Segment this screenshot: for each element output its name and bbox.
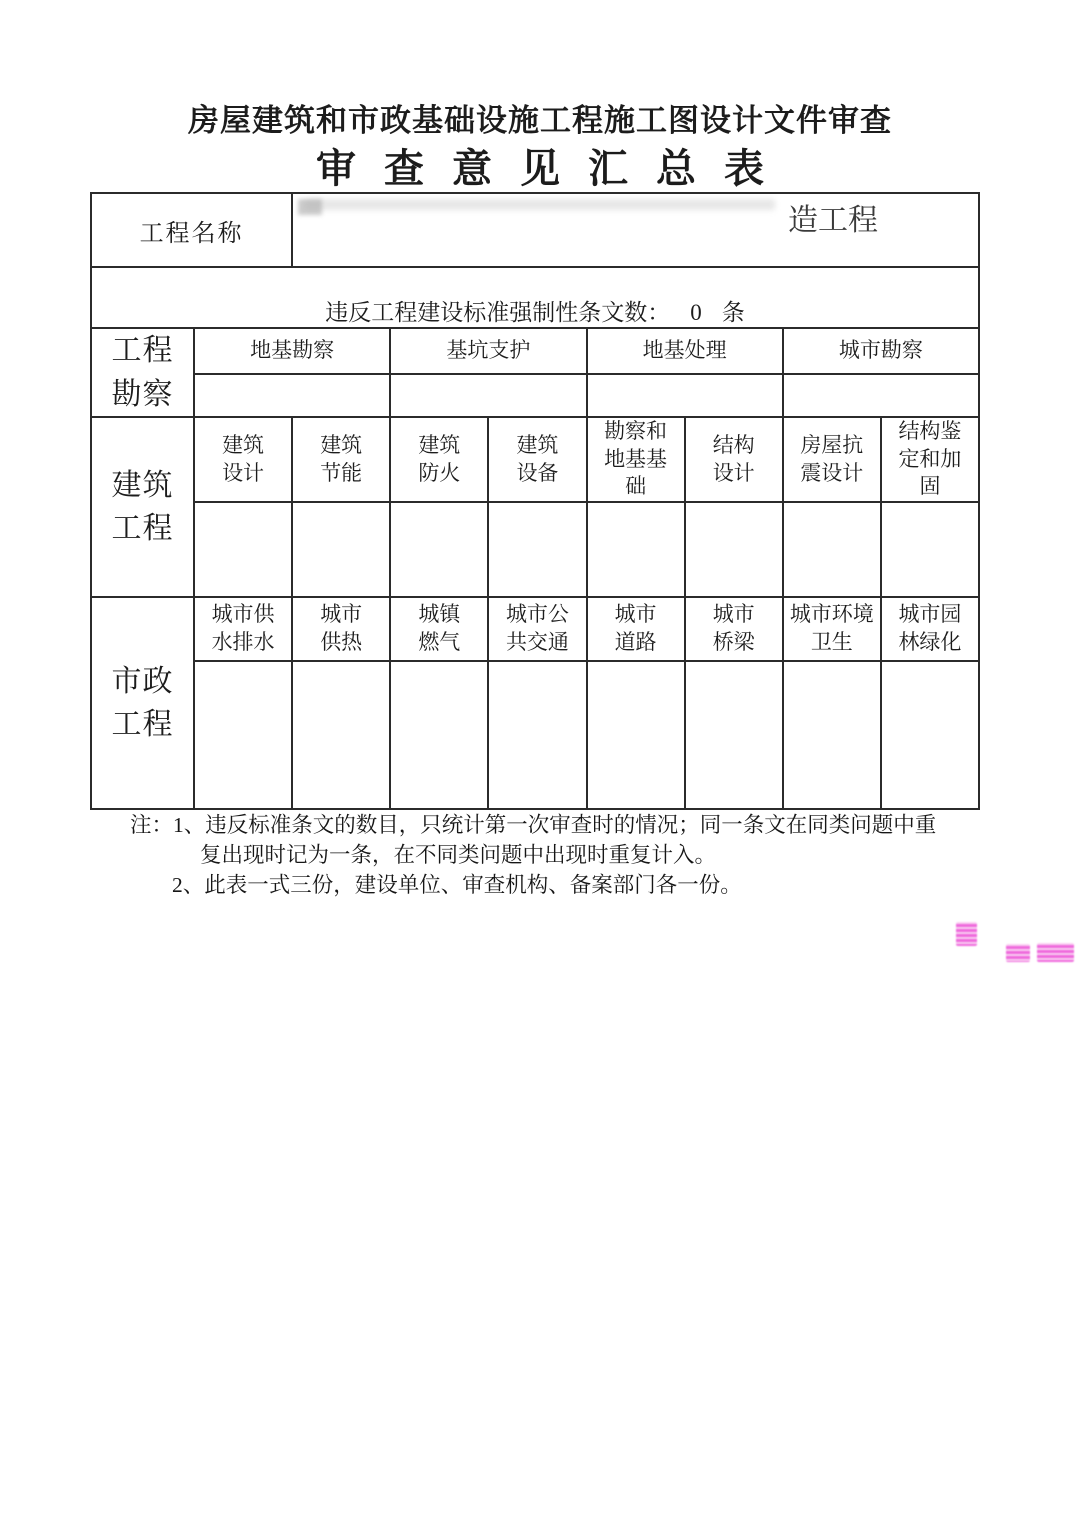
- blank-cell: [881, 502, 979, 597]
- municipal-header-row: 市政 工程 城市供 水排水 城市 供热 城镇 燃气 城市公 共交通 城市 道路 …: [91, 597, 979, 661]
- project-name-value-cell: 造工程: [292, 193, 979, 267]
- municipal-value-row: [91, 661, 979, 809]
- column-header-energy-saving: 建筑 节能: [292, 417, 390, 502]
- column-header-urban-survey: 城市勘察: [783, 328, 979, 374]
- blank-cell: [783, 502, 881, 597]
- column-header-urban-road: 城市 道路: [587, 597, 685, 661]
- column-header-building-equipment: 建筑 设备: [488, 417, 586, 502]
- blank-cell: [685, 502, 783, 597]
- column-header-fire-protection: 建筑 防火: [390, 417, 488, 502]
- blank-cell: [488, 502, 586, 597]
- column-header-heating: 城市 供热: [292, 597, 390, 661]
- column-header-foundation-treatment: 地基处理: [587, 328, 783, 374]
- column-header-environmental-sanitation: 城市环境 卫生: [783, 597, 881, 661]
- blank-cell: [783, 661, 881, 809]
- blank-cell: [587, 502, 685, 597]
- blank-cell: [292, 661, 390, 809]
- project-name-row: 工程名称 造工程: [91, 193, 979, 267]
- section-label-survey: 工程 勘察: [91, 328, 194, 417]
- pink-stamp-fragment-1: [956, 922, 977, 946]
- blank-cell: [194, 661, 292, 809]
- blank-cell: [587, 661, 685, 809]
- blank-cell: [390, 374, 586, 417]
- footnote-line: 注：1、违反标准条文的数目，只统计第一次审查时的情况；同一条文在同类问题中重: [130, 810, 1010, 840]
- erased-text-mark: [298, 199, 322, 215]
- column-header-architectural-design: 建筑 设计: [194, 417, 292, 502]
- building-header-row: 建筑 工程 建筑 设计 建筑 节能 建筑 防火 建筑 设备 勘察和 地基基 础 …: [91, 417, 979, 502]
- footnote-line: 复出现时记为一条，在不同类问题中出现时重复计入。: [200, 840, 1010, 870]
- blank-cell: [488, 661, 586, 809]
- violation-count-row: 违反工程建设标准强制性条文数：0条: [91, 267, 979, 328]
- footnote-line: 2、此表一式三份，建设单位、审查机构、备案部门各一份。: [172, 870, 1010, 900]
- blank-cell: [390, 502, 488, 597]
- violation-count-cell: 违反工程建设标准强制性条文数：0条: [91, 267, 979, 328]
- building-value-row: [91, 502, 979, 597]
- column-header-landscaping: 城市园 林绿化: [881, 597, 979, 661]
- column-header-water-supply-drainage: 城市供 水排水: [194, 597, 292, 661]
- column-header-structural-design: 结构 设计: [685, 417, 783, 502]
- project-name-label: 工程名称: [91, 193, 292, 267]
- section-label-building: 建筑 工程: [91, 417, 194, 597]
- column-header-gas: 城镇 燃气: [390, 597, 488, 661]
- erased-text-smudge: [305, 199, 775, 210]
- column-header-survey-foundation: 勘察和 地基基 础: [587, 417, 685, 502]
- project-name-visible-text: 造工程: [788, 195, 878, 239]
- column-header-seismic-design: 房屋抗 震设计: [783, 417, 881, 502]
- review-summary-table: 工程名称 造工程 违反工程建设标准强制性条文数：0条 工程 勘察 地基勘察 基坑…: [90, 192, 980, 810]
- footnotes: 注：1、违反标准条文的数目，只统计第一次审查时的情况；同一条文在同类问题中重 复…: [130, 810, 1010, 900]
- survey-value-row: [91, 374, 979, 417]
- blank-cell: [390, 661, 488, 809]
- violation-count-label: 违反工程建设标准强制性条文数：: [325, 300, 670, 325]
- pink-stamp-fragment-2: [1006, 944, 1030, 962]
- survey-header-row: 工程 勘察 地基勘察 基坑支护 地基处理 城市勘察: [91, 328, 979, 374]
- blank-cell: [881, 661, 979, 809]
- column-header-ground-survey: 地基勘察: [194, 328, 390, 374]
- document-page: 房屋建筑和市政基础设施工程施工图设计文件审查 审查意见汇总表 工程名称 造工程 …: [0, 0, 1080, 1527]
- column-header-structure-appraisal: 结构鉴 定和加 固: [881, 417, 979, 502]
- column-header-urban-bridge: 城市 桥梁: [685, 597, 783, 661]
- blank-cell: [292, 502, 390, 597]
- section-label-municipal: 市政 工程: [91, 597, 194, 809]
- violation-count-value: 0: [690, 300, 702, 326]
- blank-cell: [783, 374, 979, 417]
- blank-cell: [194, 374, 390, 417]
- blank-cell: [685, 661, 783, 809]
- blank-cell: [194, 502, 292, 597]
- violation-count-unit: 条: [722, 300, 745, 325]
- blank-cell: [587, 374, 783, 417]
- column-header-public-transport: 城市公 共交通: [488, 597, 586, 661]
- page-title: 房屋建筑和市政基础设施工程施工图设计文件审查: [0, 95, 1080, 140]
- column-header-pit-support: 基坑支护: [390, 328, 586, 374]
- pink-stamp-fragment-3: [1037, 943, 1074, 962]
- page-subtitle: 审查意见汇总表: [0, 137, 1080, 194]
